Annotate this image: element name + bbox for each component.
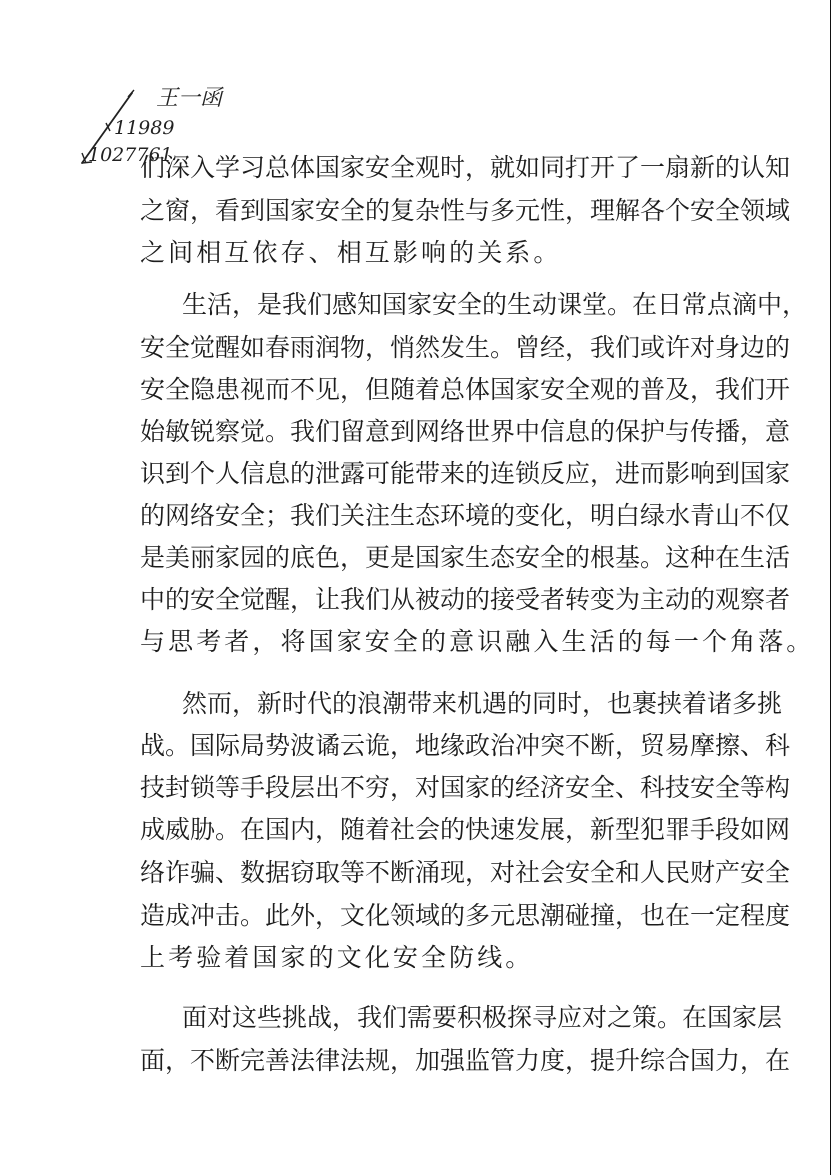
text-line: 面对这些挑战，我们需要积极探寻应对之策。在国家层 bbox=[182, 1003, 704, 1033]
handwritten-name: 王一函 bbox=[156, 86, 224, 111]
handwritten-number-1: 11989 bbox=[114, 117, 174, 139]
text-line: 的网络安全；我们关注生态环境的变化，明白绿水青山不仅 bbox=[140, 501, 704, 531]
text-line: 始敏锐察觉。我们留意到网络世界中信息的保护与传播，意 bbox=[140, 417, 704, 447]
text-line: 然而，新时代的浪潮带来机遇的同时，也裹挟着诸多挑 bbox=[182, 689, 704, 719]
text-line: 安全隐患视而不见，但随着总体国家安全观的普及，我们开 bbox=[140, 375, 704, 405]
text-line: 之窗，看到国家安全的复杂性与多元性，理解各个安全领域 bbox=[140, 196, 704, 226]
text-line: 们深入学习总体国家安全观时，就如同打开了一扇新的认知 bbox=[140, 153, 704, 183]
scanned-document-page: 王一函 11989 1027761 们深入学习总体国家安全观时，就如同打开了一扇… bbox=[0, 0, 831, 1175]
text-line: 之间相互依存、相互影响的关系。 bbox=[140, 238, 704, 268]
text-line: 成威胁。在国内，随着社会的快速发展，新型犯罪手段如网 bbox=[140, 815, 704, 845]
text-line: 技封锁等手段层出不穷，对国家的经济安全、科技安全等构 bbox=[140, 773, 704, 803]
text-line: 识到个人信息的泄露可能带来的连锁反应，进而影响到国家 bbox=[140, 459, 704, 489]
text-line: 生活，是我们感知国家安全的生动课堂。在日常点滴中， bbox=[182, 290, 704, 320]
text-line: 中的安全觉醒，让我们从被动的接受者转变为主动的观察者 bbox=[140, 585, 704, 615]
text-line: 络诈骗、数据窃取等不断涌现，对社会安全和人民财产安全 bbox=[140, 858, 704, 888]
text-line: 安全觉醒如春雨润物，悄然发生。曾经，我们或许对身边的 bbox=[140, 333, 704, 363]
text-line: 与思考者，将国家安全的意识融入生活的每一个角落。 bbox=[140, 627, 704, 657]
text-line: 面，不断完善法律法规，加强监管力度，提升综合国力，在 bbox=[140, 1046, 704, 1076]
text-line: 上考验着国家的文化安全防线。 bbox=[140, 943, 704, 973]
text-line: 战。国际局势波谲云诡，地缘政治冲突不断，贸易摩擦、科 bbox=[140, 731, 704, 761]
text-line: 造成冲击。此外，文化领域的多元思潮碰撞，也在一定程度 bbox=[140, 901, 704, 931]
text-line: 是美丽家园的底色，更是国家生态安全的根基。这种在生活 bbox=[140, 543, 704, 573]
